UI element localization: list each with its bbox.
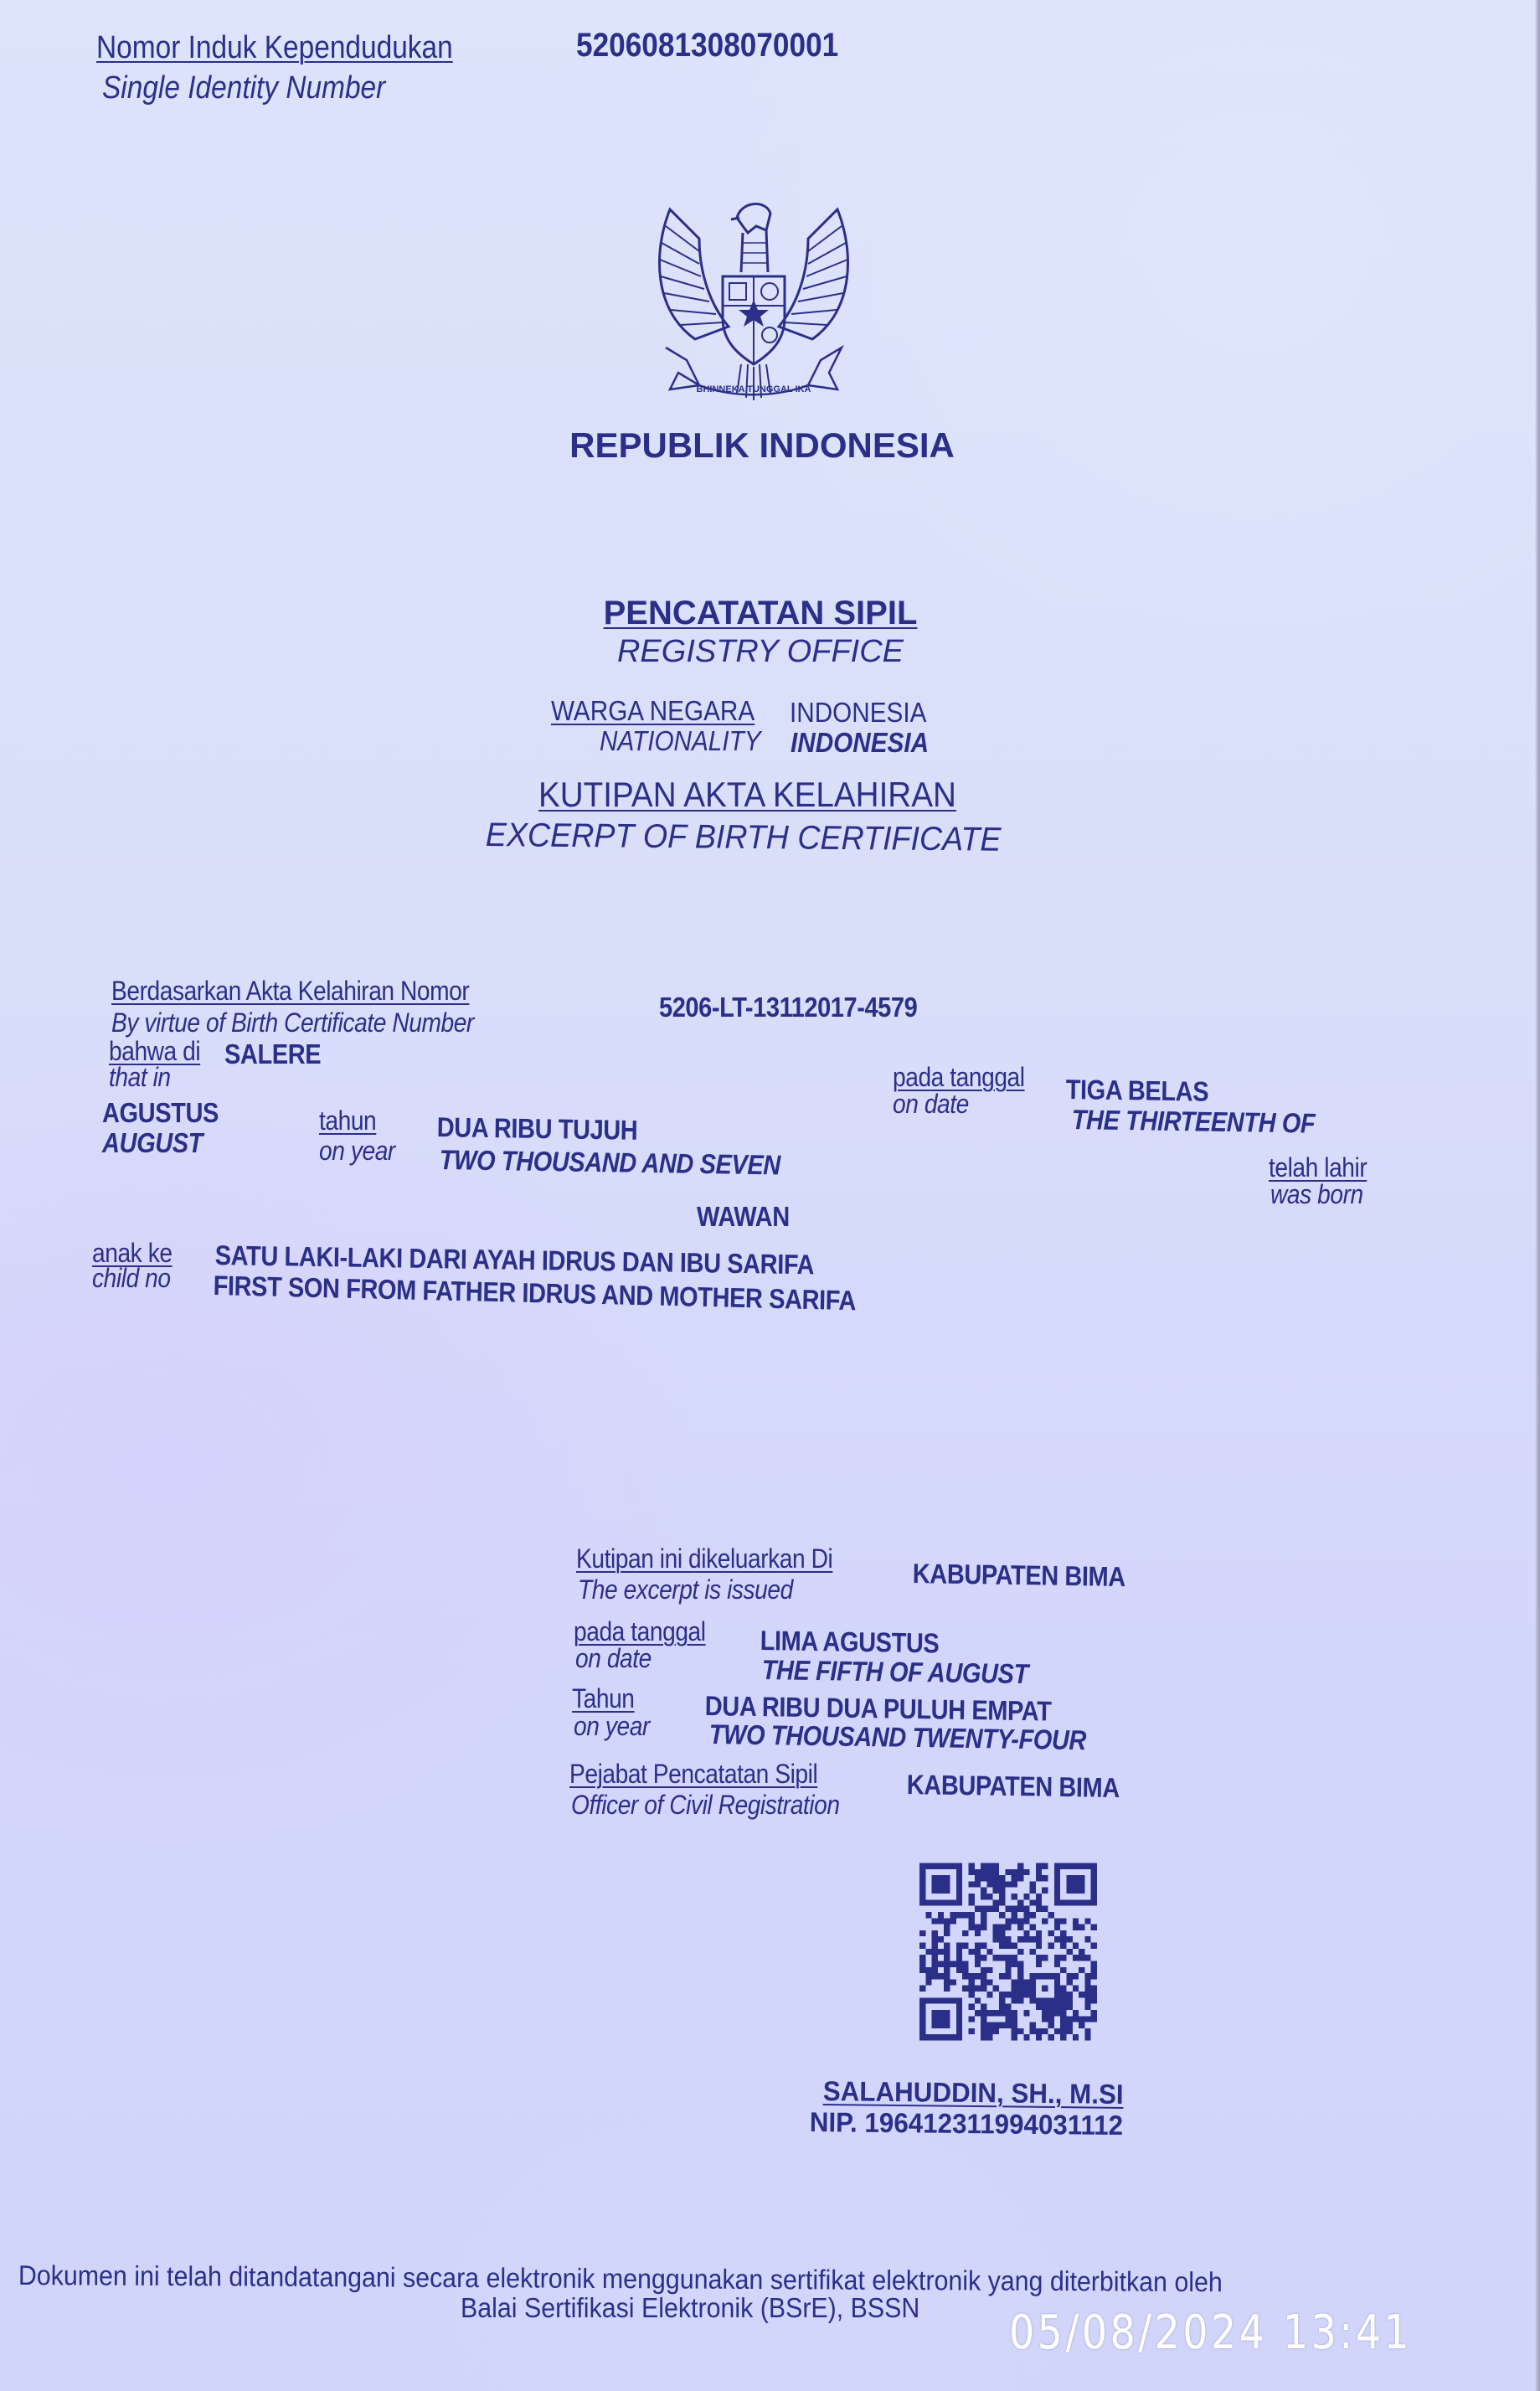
document-title-en: EXCERPT OF BIRTH CERTIFICATE xyxy=(486,817,1002,859)
nationality-value-en: INDONESIA xyxy=(791,727,929,759)
birth-year-en: TWO THOUSAND AND SEVEN xyxy=(440,1144,781,1181)
birth-year-label-en: on year xyxy=(319,1136,395,1167)
issued-year-label-en: on year xyxy=(574,1711,650,1742)
birth-place: SALERE xyxy=(224,1038,321,1070)
officer-label: Pejabat Pencatatan Sipil xyxy=(569,1759,817,1790)
child-name: WAWAN xyxy=(697,1201,790,1233)
cert-number-label-en: By virtue of Birth Certificate Number xyxy=(111,1007,474,1038)
nik-value: 5206081308070001 xyxy=(576,27,838,64)
officer-label-en: Officer of Civil Registration xyxy=(571,1790,840,1821)
officer-place: KABUPATEN BIMA xyxy=(907,1769,1120,1804)
nationality-label-en: NATIONALITY xyxy=(600,725,761,757)
photo-timestamp: 05/08/2024 13:41 xyxy=(1009,2306,1412,2360)
issued-place: KABUPATEN BIMA xyxy=(913,1558,1126,1593)
cert-number-label: Berdasarkan Akta Kelahiran Nomor xyxy=(111,976,469,1007)
born-label-en: was born xyxy=(1270,1179,1363,1210)
birth-month: AGUSTUS xyxy=(102,1097,219,1129)
birth-year-label: tahun xyxy=(319,1105,376,1136)
child-order-label-en: child no xyxy=(92,1263,171,1294)
birth-year: DUA RIBU TUJUH xyxy=(437,1111,638,1147)
nationality-value: INDONESIA xyxy=(790,697,926,729)
document-title: KUTIPAN AKTA KELAHIRAN xyxy=(538,775,956,815)
signatory-nip: NIP. 196412311994031112 xyxy=(810,2106,1124,2141)
issued-year-label: Tahun xyxy=(572,1683,635,1714)
office-title: PENCATATAN SIPIL xyxy=(0,595,1521,632)
paper-edge xyxy=(1535,0,1540,2391)
emblem-motto: BHINNEKA TUNGGAL IKA xyxy=(697,384,811,394)
esign-notice-line2: Balai Sertifikasi Elektronik (BSrE), BSS… xyxy=(461,2292,919,2324)
country-title: REPUBLIK INDONESIA xyxy=(0,425,1524,466)
qr-code-icon xyxy=(919,1858,1097,2046)
issued-place-label: Kutipan ini dikeluarkan Di xyxy=(576,1543,832,1574)
birth-day: TIGA BELAS xyxy=(1066,1074,1209,1108)
issued-place-label-en: The excerpt is issued xyxy=(578,1574,793,1605)
birth-day-en: THE THIRTEENTH OF xyxy=(1072,1104,1316,1140)
issued-year-en: TWO THOUSAND TWENTY-FOUR xyxy=(709,1719,1087,1756)
nik-label-en: Single Identity Number xyxy=(102,70,385,106)
birth-month-en: AUGUST xyxy=(102,1127,203,1159)
office-title-en: REGISTRY OFFICE xyxy=(0,634,1521,670)
issued-date-label-en: on date xyxy=(575,1643,652,1674)
cert-number: 5206-LT-13112017-4579 xyxy=(659,992,917,1023)
signatory-name: SALAHUDDIN, SH., M.SI xyxy=(823,2075,1124,2110)
issued-date-en: THE FIFTH OF AUGUST xyxy=(762,1654,1028,1690)
nik-label: Nomor Induk Kependudukan xyxy=(96,30,453,66)
birth-date-label-en: on date xyxy=(893,1089,969,1120)
nationality-label: WARGA NEGARA xyxy=(551,695,755,727)
birth-place-label-en: that in xyxy=(109,1062,171,1093)
garuda-emblem-icon: BHINNEKA TUNGGAL IKA xyxy=(649,193,858,415)
